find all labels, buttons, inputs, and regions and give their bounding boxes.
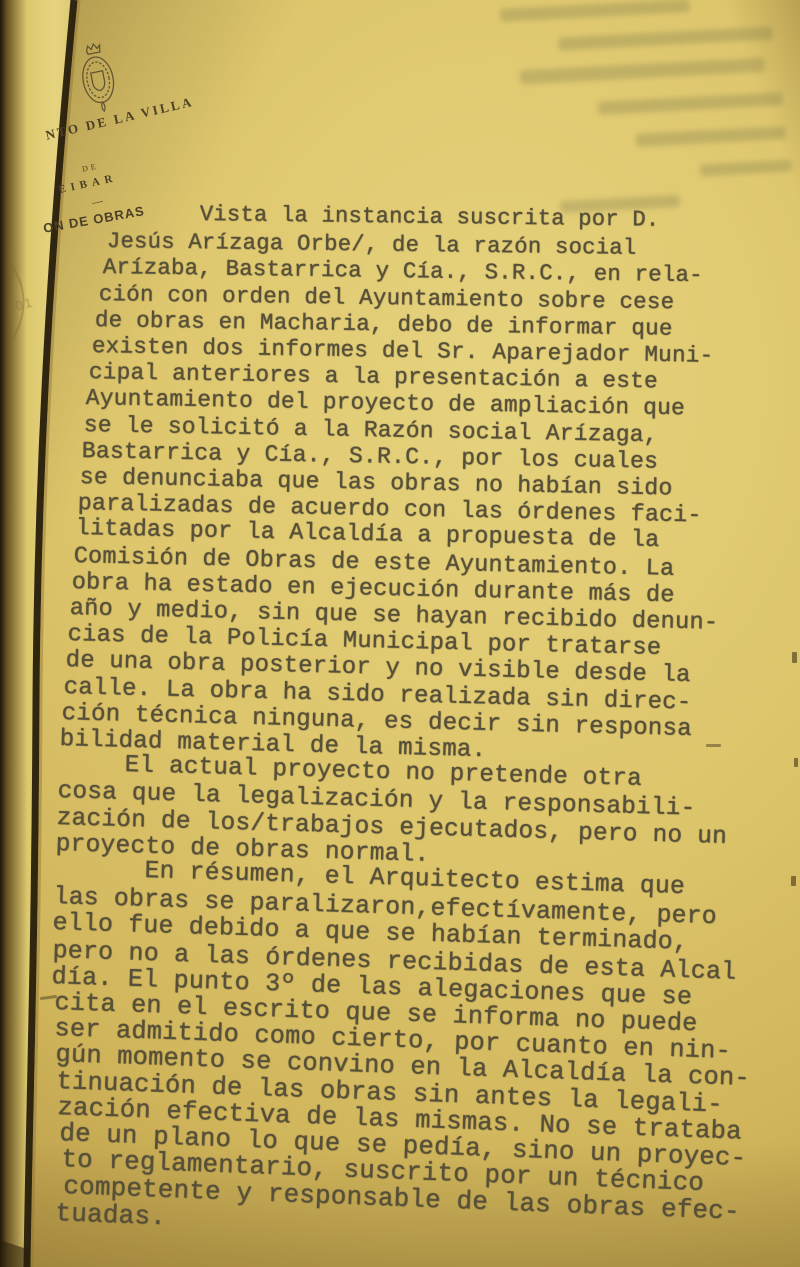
- edge-speck: [791, 876, 796, 886]
- underline-mark: [706, 744, 721, 747]
- edge-speck: [794, 758, 798, 767]
- document-page: 101 NTO DE LA VILLA DE EIBAR — ON DE OBR…: [0, 0, 800, 1267]
- text-line: tuadas.: [55, 1198, 167, 1232]
- edge-speck: [792, 652, 797, 663]
- stamp-divider: —: [91, 195, 104, 209]
